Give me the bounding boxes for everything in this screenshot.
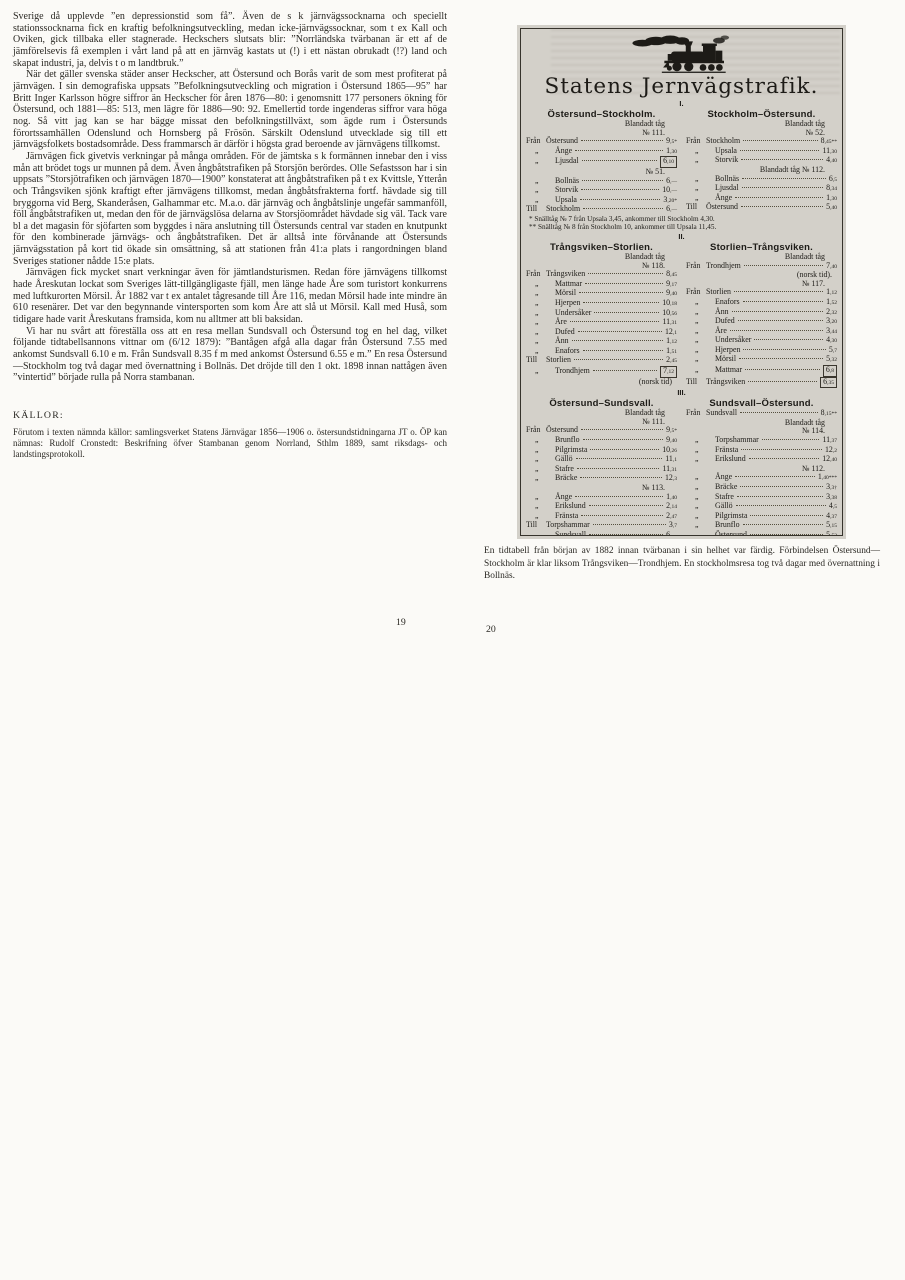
minutes: ,32 (830, 357, 837, 363)
station-name: Trondhjem (555, 367, 590, 376)
row-prefix: „ (526, 531, 555, 536)
timetable: Östersund–Stockholm.Blandadt tåg№ 111.Fr… (526, 108, 677, 215)
timetable-row: „Bollnäs6,— (526, 177, 677, 187)
minutes: ,34 (830, 186, 837, 192)
dot-leader (735, 476, 815, 477)
dot-leader (575, 150, 663, 151)
row-prefix: „ (526, 309, 555, 318)
departure-time: 1,30 (666, 147, 677, 157)
dot-leader (750, 515, 823, 516)
timetable-row: TillStockholm6,— (526, 205, 677, 215)
timetable-row: „Sundsvall6,— (526, 531, 677, 536)
row-prefix: „ (686, 493, 715, 502)
row-prefix: „ (686, 147, 715, 156)
minutes: ,20 (830, 319, 837, 325)
station-name: Storlien (706, 288, 731, 297)
timetable-row: „Ånge1,40 (526, 493, 677, 503)
timetable-row: FrånStockholm8,45** (686, 137, 837, 147)
dot-leader (730, 330, 823, 331)
departure-time: 6,8 (823, 365, 837, 377)
departure-time: 2,45 (666, 356, 677, 366)
dot-leader (735, 197, 823, 198)
row-prefix: Från (686, 409, 706, 418)
section-columns: Östersund–Sundsvall.Blandadt tåg№ 111.Fr… (526, 397, 837, 536)
station-name: Mattmar (555, 280, 582, 289)
minutes: ,5* (670, 428, 677, 434)
row-prefix: „ (686, 336, 715, 345)
row-prefix: „ (526, 512, 555, 521)
dot-leader (744, 265, 823, 266)
figure-caption: En tidtabell från början av 1882 innan t… (484, 545, 880, 583)
timetable-row: „Ljusdal8,34 (686, 184, 837, 194)
station-name: Fränsta (715, 446, 738, 455)
paragraph: Vi har nu svårt att föreställa oss att e… (13, 326, 447, 384)
minutes: ,7 (833, 348, 837, 354)
minutes: ,10 (667, 159, 674, 165)
minutes: ,47 (670, 514, 677, 520)
minutes: ,32 (830, 310, 837, 316)
station-name: Upsala (715, 147, 737, 156)
dot-leader (741, 449, 822, 450)
dot-leader (740, 150, 820, 151)
dot-leader (581, 140, 663, 141)
dot-leader (582, 180, 663, 181)
station-name: Ånge (715, 194, 732, 203)
timetable-row: TillTrångsviken6,35 (686, 377, 837, 389)
dot-leader (577, 468, 660, 469)
dot-leader (754, 339, 823, 340)
dot-leader (580, 199, 660, 200)
sources-text: Förutom i texten nämnda källor: samlings… (13, 427, 447, 460)
timetable-row: „Mörsil5,32 (686, 355, 837, 365)
timetable-row: „Mattmar6,8 (686, 365, 837, 377)
timetable-row: „Hjerpen5,7 (686, 346, 837, 356)
row-prefix: „ (686, 298, 715, 307)
departure-time: 6,35 (820, 377, 837, 389)
timetable-row: „Ånn1,12 (526, 337, 677, 347)
dot-leader (737, 496, 823, 497)
dot-leader (738, 320, 823, 321)
station-name: Trondhjem (706, 262, 741, 271)
row-prefix: „ (526, 280, 555, 289)
timetable-row: „Bräcke3,3† (686, 483, 837, 493)
advert-frame: Statens Jernvägstrafik. I.Östersund–Stoc… (520, 28, 843, 536)
row-prefix: „ (686, 455, 715, 464)
station-name: Undersåker (555, 309, 591, 318)
minutes: ,31 (670, 320, 677, 326)
station-name: Pilgrimsta (555, 446, 587, 455)
station-name: Fränsta (555, 512, 578, 521)
dot-leader (576, 458, 663, 459)
departure-time: 7,12 (660, 366, 677, 378)
station-name: Bräcke (715, 483, 737, 492)
dot-leader (749, 458, 820, 459)
locomotive-illustration (626, 33, 738, 75)
minutes: ,26 (670, 448, 677, 454)
timetable-row: „Dufed12,1 (526, 328, 677, 338)
row-prefix: „ (526, 337, 555, 346)
train-number-header: № 51. (526, 168, 677, 177)
train-number-header: № 112. (686, 465, 837, 474)
paragraph: När det gäller svenska städer anser Heck… (13, 69, 447, 151)
section-columns: Trångsviken–Storlien.Blandadt tåg№ 118.F… (526, 241, 837, 388)
timetable-row: „Undersåker10,56 (526, 309, 677, 319)
row-prefix: „ (686, 446, 715, 455)
station-name: Åre (715, 327, 727, 336)
departure-time: 12,3 (665, 474, 677, 484)
departure-time: 4,5 (829, 502, 837, 512)
minutes: ,40 (670, 438, 677, 444)
row-prefix: „ (686, 175, 715, 184)
minutes: ,5 (833, 504, 837, 510)
row-prefix: Från (686, 288, 706, 297)
dot-leader (742, 187, 823, 188)
station-name: Mörsil (715, 355, 736, 364)
station-name: Östersund (546, 426, 578, 435)
row-prefix: „ (526, 493, 555, 502)
dot-leader (581, 515, 663, 516)
station-name: Erikslund (555, 502, 586, 511)
minutes: ,40*** (822, 475, 837, 481)
station-name: Stockholm (706, 137, 740, 146)
departure-time: 5,7 (829, 346, 837, 356)
dot-leader (594, 312, 659, 313)
dot-leader (736, 505, 826, 506)
left-page-text: Sverige då upplevde ”en depressionstid s… (13, 11, 447, 460)
timetable-row: FrånTrångsviken8,45 (526, 270, 677, 280)
timetable-row: „Stafre3,38 (686, 493, 837, 503)
station-name: Undersåker (715, 336, 751, 345)
row-prefix: „ (686, 308, 715, 317)
row-prefix: Till (526, 521, 546, 530)
dot-leader (743, 140, 817, 141)
timetable-row: „Mörsil9,40 (526, 289, 677, 299)
norwegian-time-note: (norsk tid) (526, 378, 677, 387)
dot-leader (581, 189, 659, 190)
station-name: Östersund (715, 531, 747, 536)
dot-leader (742, 178, 826, 179)
dot-leader (583, 350, 664, 351)
timetable-row: „Åre11,31 (526, 318, 677, 328)
minutes: ,30 (830, 196, 837, 202)
dot-leader (588, 273, 663, 274)
dot-leader (583, 302, 659, 303)
dot-leader (743, 524, 824, 525)
row-prefix: „ (526, 502, 555, 511)
row-prefix: Från (686, 262, 706, 271)
minutes: ,30 (670, 149, 677, 155)
timetable-row: „Stafre11,31 (526, 465, 677, 475)
station-name: Mattmar (715, 366, 742, 375)
timetable-row: „Storvik10,— (526, 186, 677, 196)
station-name: Enafors (555, 347, 580, 356)
minutes: ,2 (833, 448, 837, 454)
dot-leader (593, 370, 657, 371)
body-paragraphs: Sverige då upplevde ”en depressionstid s… (13, 11, 447, 384)
minutes: ,45 (670, 358, 677, 364)
dot-leader (734, 291, 823, 292)
minutes: ,— (670, 188, 677, 194)
dot-leader (580, 477, 662, 478)
dot-leader (583, 439, 664, 440)
station-name: Östersund (546, 137, 578, 146)
minutes: ,37 (830, 438, 837, 444)
station-name: Sundsvall (706, 409, 737, 418)
row-prefix: „ (526, 147, 555, 156)
station-name: Ånn (715, 308, 729, 317)
row-prefix: „ (686, 317, 715, 326)
train-number-header: № 114. (686, 427, 837, 436)
minutes: ,31 (670, 467, 677, 473)
minutes: ,51 (670, 349, 677, 355)
row-prefix: „ (526, 186, 555, 195)
departure-time: 5,40 (826, 203, 837, 213)
timetable-row: „Dufed3,20 (686, 317, 837, 327)
row-prefix: „ (526, 367, 555, 376)
dot-leader (589, 505, 663, 506)
row-prefix: Till (686, 203, 706, 212)
train-number-header: Blandadt tåg № 112. (686, 166, 837, 175)
row-prefix: „ (686, 502, 715, 511)
dot-leader (739, 358, 823, 359)
station-name: Storlien (546, 356, 571, 365)
minutes: ,14 (670, 504, 677, 510)
row-prefix: Till (686, 378, 706, 387)
row-prefix: Från (526, 137, 546, 146)
departure-time: 5,32 (826, 355, 837, 365)
dot-leader (585, 283, 663, 284)
minutes: ,7 (673, 523, 677, 529)
row-prefix: „ (686, 473, 715, 482)
station-name: Stafre (555, 465, 574, 474)
row-prefix: Till (526, 356, 546, 365)
minutes: ,12 (667, 369, 674, 375)
row-prefix: „ (686, 184, 715, 193)
dot-leader (572, 340, 664, 341)
station-name: Ljusdal (715, 184, 739, 193)
departure-time: 5,52 (826, 531, 837, 536)
minutes: ,52 (830, 300, 837, 306)
timetable-row: „Bollnäs6,5 (686, 175, 837, 185)
timetable-row: „Brunflo5,15 (686, 521, 837, 531)
section-marker: II. (526, 232, 837, 241)
timetable-row: „Upsala11,30 (686, 147, 837, 157)
dot-leader (762, 439, 820, 440)
timetable-row: „Torpshammar11,37 (686, 436, 837, 446)
dot-leader (750, 534, 823, 535)
minutes: ,38 (830, 495, 837, 501)
paragraph: Järnvägen fick mycket snart verkningar ä… (13, 267, 447, 325)
dot-leader (743, 301, 824, 302)
timetable-row: FrånÖstersund9,5* (526, 137, 677, 147)
row-prefix: „ (526, 474, 555, 483)
timetable-row: „Mattmar9,17 (526, 280, 677, 290)
minutes: ,12 (830, 290, 837, 296)
timetable-row: „Hjerpen10,18 (526, 299, 677, 309)
minutes: ,17 (670, 282, 677, 288)
timetable-row: „Brunflo9,40 (526, 436, 677, 446)
minutes: ,18 (670, 301, 677, 307)
station-name: Storvik (555, 186, 578, 195)
minutes: ,20* (667, 198, 677, 204)
station-name: Gällö (555, 455, 573, 464)
row-prefix: „ (526, 196, 555, 205)
footnote: ** Snälltåg № 8 från Stockholm 10, ankom… (526, 223, 837, 232)
train-number-header: № 113. (526, 484, 677, 493)
row-prefix: Från (526, 426, 546, 435)
station-name: Enafors (715, 298, 740, 307)
dot-leader (745, 369, 820, 370)
timetable-advert-photo: Statens Jernvägstrafik. I.Östersund–Stoc… (517, 25, 846, 539)
minutes: ,12 (670, 339, 677, 345)
timetable-row: TillÖstersund5,40 (686, 203, 837, 213)
dot-leader (743, 349, 825, 350)
row-prefix: „ (686, 346, 715, 355)
station-name: Torpshammar (715, 436, 759, 445)
minutes: ,45** (825, 139, 837, 145)
timetable-row: FrånStorlien1,12 (686, 288, 837, 298)
timetable-row: TillStorlien2,45 (526, 356, 677, 366)
minutes: ,15 (830, 523, 837, 529)
dot-leader (581, 429, 663, 430)
dot-leader (575, 496, 663, 497)
row-prefix: „ (686, 327, 715, 336)
timetable-row: „Trondhjem7,12 (526, 366, 677, 378)
station-name: Åre (555, 318, 567, 327)
timetable-row: „Undersåker4,30 (686, 336, 837, 346)
paragraph: Järnvägen fick givetvis verkningar på må… (13, 151, 447, 268)
station-name: Bräcke (555, 474, 577, 483)
station-name: Östersund (706, 203, 738, 212)
timetable-row: „Enafors1,52 (686, 298, 837, 308)
row-prefix: „ (526, 436, 555, 445)
row-prefix: „ (526, 465, 555, 474)
station-name: Erikslund (715, 455, 746, 464)
row-prefix: Från (686, 137, 706, 146)
dot-leader (740, 486, 823, 487)
departure-time: 6,5 (829, 175, 837, 185)
row-prefix: „ (526, 177, 555, 186)
dot-leader (748, 381, 817, 382)
station-name: Upsala (555, 196, 577, 205)
timetable-row: „Pilgrimsta4,37 (686, 512, 837, 522)
minutes: ,15** (825, 411, 837, 417)
minutes: ,37 (830, 514, 837, 520)
minutes: ,1 (673, 457, 677, 463)
row-prefix: „ (526, 299, 555, 308)
minutes: ,1 (673, 330, 677, 336)
dot-leader (578, 331, 662, 332)
station-name: Bollnäs (555, 177, 579, 186)
minutes: ,40 (830, 158, 837, 164)
row-prefix: „ (686, 483, 715, 492)
row-prefix: „ (526, 455, 555, 464)
timetable: Trångsviken–Storlien.Blandadt tåg№ 118.F… (526, 241, 677, 388)
minutes: ,35 (827, 380, 834, 386)
row-prefix: „ (686, 531, 715, 536)
dot-leader (741, 159, 823, 160)
station-name: Bollnäs (715, 175, 739, 184)
minutes: ,40 (830, 457, 837, 463)
dot-leader (732, 311, 824, 312)
minutes: ,5 (833, 177, 837, 183)
timetable: Stockholm–Östersund.Blandadt tåg№ 52.Frå… (686, 108, 837, 215)
row-prefix: „ (686, 194, 715, 203)
timetable-row: „Åre3,44 (686, 327, 837, 337)
minutes: ,44 (830, 329, 837, 335)
station-name: Hjerpen (555, 299, 580, 308)
station-name: Ånge (715, 473, 732, 482)
station-name: Ånge (555, 493, 572, 502)
sources-heading: KÄLLOR: (13, 410, 447, 422)
minutes: ,3† (830, 485, 837, 491)
row-prefix: „ (526, 318, 555, 327)
departure-time: 6,— (666, 205, 677, 215)
station-name: Dufed (715, 317, 735, 326)
page-number-left: 19 (396, 617, 406, 628)
minutes: ,— (670, 179, 677, 185)
row-prefix: „ (686, 355, 715, 364)
departure-time: 6,— (666, 531, 677, 536)
minutes: ,— (670, 207, 677, 213)
dot-leader (574, 359, 663, 360)
station-name: Brunflo (555, 436, 580, 445)
row-prefix: „ (526, 347, 555, 356)
station-name: Brunflo (715, 521, 740, 530)
minutes: ,45 (670, 272, 677, 278)
page-number-right: 20 (486, 624, 496, 635)
station-name: Storvik (715, 156, 738, 165)
minutes: ,30 (830, 149, 837, 155)
dot-leader (582, 160, 657, 161)
station-name: Stockholm (546, 205, 580, 214)
paragraph: Sverige då upplevde ”en depressionstid s… (13, 11, 447, 69)
row-prefix: „ (686, 436, 715, 445)
timetable-row: „Ånn2,32 (686, 308, 837, 318)
minutes: ,40 (670, 291, 677, 297)
minutes: ,40 (830, 264, 837, 270)
station-name: Ljusdal (555, 157, 579, 166)
row-prefix: „ (686, 512, 715, 521)
section-columns: Östersund–Stockholm.Blandadt tåg№ 111.Fr… (526, 108, 837, 215)
dot-leader (589, 534, 663, 535)
row-prefix: „ (526, 157, 555, 166)
timetable-sections: I.Östersund–Stockholm.Blandadt tåg№ 111.… (526, 99, 837, 536)
station-name: Stafre (715, 493, 734, 502)
timetable-row: „Fränsta12,2 (686, 446, 837, 456)
timetable-row: „Gällö11,1 (526, 455, 677, 465)
station-name: Gällö (715, 502, 733, 511)
sources-section: KÄLLOR: Förutom i texten nämnda källor: … (13, 410, 447, 460)
row-prefix: Från (526, 270, 546, 279)
station-name: Sundsvall (555, 531, 586, 536)
departure-time: 3,7 (669, 521, 677, 531)
station-name: Mörsil (555, 289, 576, 298)
dot-leader (740, 412, 817, 413)
timetable: Östersund–Sundsvall.Blandadt tåg№ 111.Fr… (526, 397, 677, 536)
dot-leader (590, 449, 659, 450)
minutes: ,8 (830, 368, 834, 374)
timetable: Sundsvall–Östersund.FrånSundsvall8,15**B… (686, 397, 837, 536)
minutes: ,3 (673, 476, 677, 482)
row-prefix: „ (526, 446, 555, 455)
dot-leader (570, 321, 660, 322)
timetable-row: „Östersund5,52 (686, 531, 837, 536)
row-prefix: „ (526, 328, 555, 337)
station-name: Torpshammar (546, 521, 590, 530)
timetable-row: „Ånge1,30 (526, 147, 677, 157)
timetable-row: „Pilgrimsta10,26 (526, 446, 677, 456)
